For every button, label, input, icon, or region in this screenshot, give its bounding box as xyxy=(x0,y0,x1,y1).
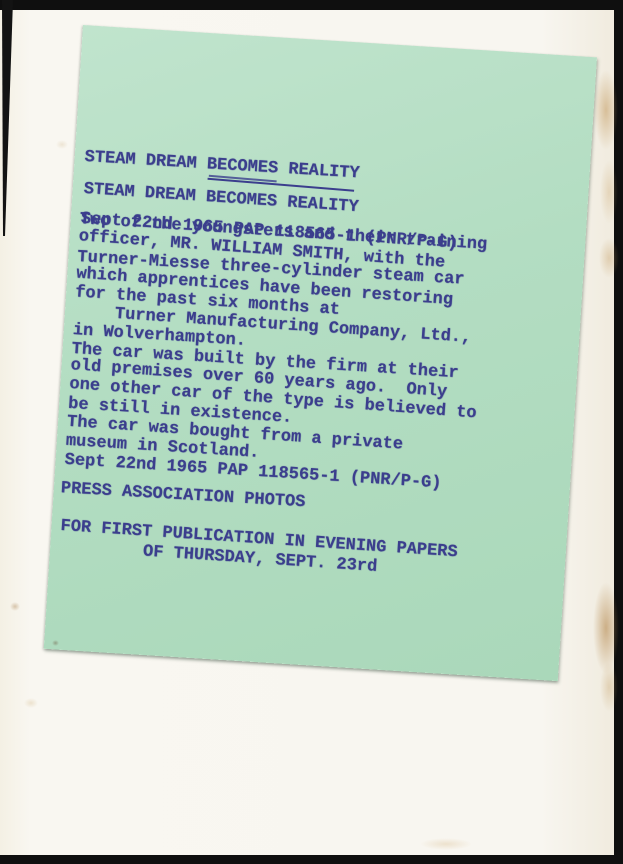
caption-card: STEAM DREAM BECOMES REALITY Sept 22nd 19… xyxy=(44,25,597,681)
foxing-spot xyxy=(10,602,20,611)
foxing-spot xyxy=(420,838,472,850)
foxing-stain xyxy=(600,160,618,224)
backing-paper: STEAM DREAM BECOMES REALITY Sept 22nd 19… xyxy=(0,10,614,855)
foxing-stain xyxy=(599,238,619,278)
foxing-stain xyxy=(600,662,618,712)
foxing-stain xyxy=(594,70,618,150)
scanned-photo-mount: STEAM DREAM BECOMES REALITY Sept 22nd 19… xyxy=(0,0,623,864)
publication-notice: FOR FIRST PUBLICATION IN EVENING PAPERSO… xyxy=(59,517,459,582)
agency-credit-line: PRESS ASSOCIATION PHOTOS xyxy=(60,479,306,512)
foxing-stain xyxy=(593,582,619,674)
foxing-spot xyxy=(24,698,38,708)
caption-body: Two of the youngsters and their training… xyxy=(64,211,488,495)
foxing-spot xyxy=(56,140,68,149)
